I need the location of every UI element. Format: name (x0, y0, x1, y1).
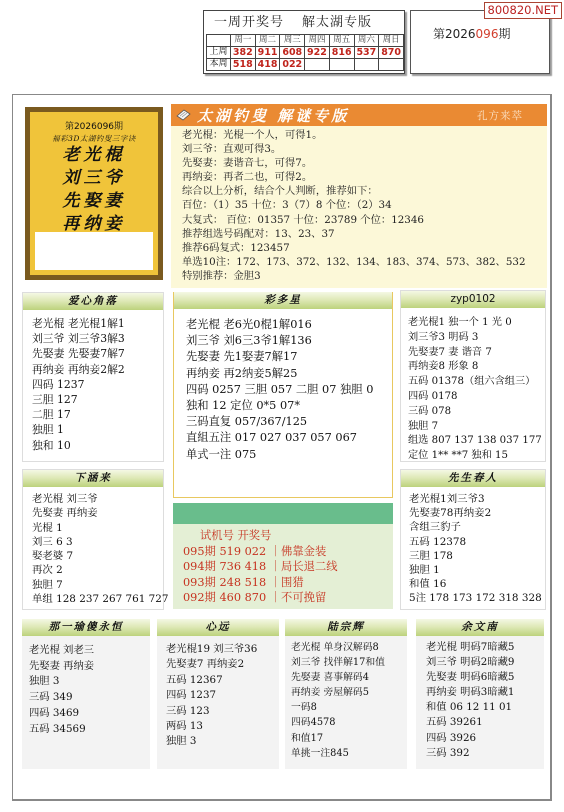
card-line: 再纳妾8 形象 8 (408, 360, 545, 375)
card-line: 两码 13 (166, 719, 279, 734)
card-line: 再纳妾 旁屋解码5 (291, 685, 407, 700)
draw-number: 418 (255, 59, 280, 71)
draw-number (354, 59, 379, 71)
weekly-draw-title-left: 一周开奖号 (214, 15, 284, 30)
draw-number: 608 (280, 47, 305, 59)
card-body: 老光棍 单身汉解码8 刘三爷 找伴解17和值 先娶妻 喜事解码4 再纳妾 旁屋解… (285, 636, 407, 769)
card-line: 老光棍 老光棍1解1 (32, 316, 163, 331)
draw-number: 022 (280, 59, 305, 71)
card-line: 独胆 3 (166, 734, 279, 749)
card-line: 独和 12 定位 0*5 07* (186, 398, 392, 414)
draw-number: 518 (231, 59, 256, 71)
card-line: 再纳妾 再2纳妾5解25 (186, 366, 392, 382)
card-line: 先娶妻78再纳妾2 (409, 506, 545, 520)
card-title: 心远 (157, 619, 279, 636)
card-line: 独胆 7 (32, 578, 163, 592)
day-header: 周三 (280, 35, 305, 47)
analysis-line: 老光棍：光棍一个人，可得1。 (182, 128, 547, 142)
card-line: 单组 128 237 267 761 727 (32, 592, 163, 606)
riddle-poster: 第2026096期 福彩3D太湖钓叟三字诀 老光棍 刘三爷 先娶妻 再纳妾 (25, 107, 163, 280)
draw-number (305, 59, 330, 71)
card-line: 刘三爷 刘三爷3解3 (32, 331, 163, 346)
table-corner-cell (207, 35, 231, 47)
analysis-line: 推荐组选号码配对：13、23、37 (182, 227, 547, 241)
card-line: 含组三豹子 (409, 520, 545, 534)
table-row: 上周 382 911 608 922 816 537 870 (207, 47, 404, 59)
card-line: 刘三爷3 明码 3 (408, 331, 545, 346)
card-title: 先生春人 (401, 470, 545, 487)
table-row: 本周 518 418 022 (207, 59, 404, 71)
day-header: 周四 (305, 35, 330, 47)
card-yuwennan: 余文南 老光棍 明码7暗藏5 刘三爷 明码2暗藏9 先娶妻 明码6暗藏5 再纳妾… (416, 619, 544, 769)
book-icon (176, 108, 191, 122)
table-header-row: 周一 周二 周三 周四 周五 周六 周日 (207, 35, 404, 47)
card-line: 老光棍 刘老三 (29, 643, 150, 659)
card-title: zyp0102 (401, 291, 545, 308)
poster-riddle-line: 先娶妻 (30, 190, 158, 213)
card-line: 刘三爷 刘6三3爷1解136 (186, 333, 392, 349)
issue-panel: 第2026096期 (410, 10, 550, 74)
analysis-line: 先娶妻：妻谐音七，可得7。 (182, 156, 547, 170)
card-xiansheng: 先生春人 老光棍1刘三爷3 先娶妻78再纳妾2 含组三豹子 五码 12378 三… (400, 469, 546, 610)
card-xiahanlai: 下涵来 老光棍 刘三爷 先娶妻 再纳妾 光棍 1 刘三 6 3 娶老婆 7 再次… (22, 469, 164, 610)
analysis-header: 太湖钓叟 解谜专版 孔方来萃 (171, 104, 547, 126)
card-line: 五码 34569 (29, 722, 150, 738)
card-nayishou: 那一瑜傻永恒 老光棍 刘老三 先娶妻 再纳妾 独胆 3 三码 349 四码 34… (22, 619, 150, 769)
card-xinyuan: 心远 老光棍19 刘三爷36 先娶妻7 再纳妾2 五码 12367 四码 123… (157, 619, 279, 769)
analysis-line: 刘三爷：直观可得3。 (182, 142, 547, 156)
card-line: 四码 0257 三胆 057 二胆 07 独胆 0 (186, 382, 392, 398)
trial-row: 093期 248 518 ｜围猎 (183, 575, 393, 591)
card-title: 陆宗辉 (285, 619, 407, 636)
draw-number: 911 (255, 47, 280, 59)
draw-number (329, 59, 354, 71)
card-body: 老光棍 刘三爷 先娶妻 再纳妾 光棍 1 刘三 6 3 娶老婆 7 再次 2 独… (23, 487, 163, 606)
card-line: 老光棍 老6光0棍1解016 (186, 317, 392, 333)
card-line: 三码 392 (426, 746, 544, 761)
weekly-draw-panel: 一周开奖号解太湖专版 周一 周二 周三 周四 周五 周六 周日 上周 382 9… (203, 10, 405, 74)
card-line: 单式一注 075 (186, 447, 392, 463)
card-line: 五码 12378 (409, 535, 545, 549)
card-title: 爱心角落 (23, 293, 163, 310)
card-line: 三胆 127 (32, 392, 163, 407)
card-line: 先娶妻 先1娶妻7解17 (186, 349, 392, 365)
card-line: 老光棍1刘三爷3 (409, 492, 545, 506)
weekly-draw-title: 一周开奖号解太湖专版 (204, 11, 404, 34)
card-line: 四码 1237 (32, 377, 163, 392)
draw-number: 382 (231, 47, 256, 59)
card-line: 老光棍19 刘三爷36 (166, 642, 279, 657)
card-aixin: 爱心角落 老光棍 老光棍1解1 刘三爷 刘三爷3解3 先娶妻 先娶妻7解7 再纳… (22, 292, 164, 462)
poster-subtitle: 福彩3D太湖钓叟三字诀 (30, 133, 158, 144)
card-title: 下涵来 (23, 470, 163, 487)
card-line: 三码 123 (166, 704, 279, 719)
card-title: 那一瑜傻永恒 (22, 619, 150, 636)
card-line: 刘三爷 找伴解17和值 (291, 655, 407, 670)
draw-number (379, 59, 404, 71)
draw-number: 537 (354, 47, 379, 59)
card-line: 和值 06 12 11 01 (426, 700, 544, 715)
analysis-line: 再纳妾：再者二也，可得2。 (182, 170, 547, 184)
card-line: 三码直复 057/367/125 (186, 414, 392, 430)
issue-number-highlight: 096 (476, 27, 499, 41)
analysis-line: 特别推荐：金胆3 (182, 269, 547, 283)
card-line: 老光棍1 独一个 1 光 0 (408, 316, 545, 331)
card-luzonghui: 陆宗辉 老光棍 单身汉解码8 刘三爷 找伴解17和值 先娶妻 喜事解码4 再纳妾… (285, 619, 407, 769)
trial-number-panel: 试机号 开奖号 095期 519 022 ｜佛靠金装 094期 736 418 … (173, 503, 393, 609)
card-line: 四码 0178 (408, 390, 545, 405)
trial-row: 095期 519 022 ｜佛靠金装 (183, 544, 393, 560)
day-header: 周六 (354, 35, 379, 47)
card-line: 独胆 3 (29, 674, 150, 690)
card-line: 四码 1237 (166, 688, 279, 703)
analysis-author: 孔方来萃 (477, 108, 523, 123)
draw-number: 922 (305, 47, 330, 59)
card-line: 再纳妾 再纳妾2解2 (32, 362, 163, 377)
card-line: 独胆 1 (32, 422, 163, 437)
card-line: 再次 2 (32, 563, 163, 577)
weekly-draw-title-right: 解太湖专版 (302, 15, 372, 30)
card-line: 先娶妻 喜事解码4 (291, 670, 407, 685)
card-line: 独胆 7 (408, 420, 545, 435)
draw-number: 816 (329, 47, 354, 59)
card-line: 一码8 (291, 700, 407, 715)
card-line: 先娶妻 明码6暗藏5 (426, 670, 544, 685)
draw-number: 870 (379, 47, 404, 59)
card-line: 5注 178 173 172 318 328 (409, 591, 545, 605)
card-line: 老光棍 明码7暗藏5 (426, 640, 544, 655)
site-watermark: 800820.NET (484, 2, 562, 19)
card-line: 先娶妻 先娶妻7解7 (32, 346, 163, 361)
issue-number: 第2026096期 (433, 25, 510, 42)
card-line: 先娶妻 再纳妾 (29, 659, 150, 675)
analysis-body: 老光棍：光棍一个人，可得1。 刘三爷：直观可得3。 先娶妻：妻谐音七，可得7。 … (171, 126, 547, 283)
analysis-panel: 太湖钓叟 解谜专版 孔方来萃 老光棍：光棍一个人，可得1。 刘三爷：直观可得3。… (171, 104, 547, 288)
card-body: 老光棍19 刘三爷36 先娶妻7 再纳妾2 五码 12367 四码 1237 三… (157, 636, 279, 769)
trial-row: 092期 460 870 ｜不可挽留 (183, 590, 393, 606)
trial-header-bar (173, 503, 393, 524)
analysis-title: 太湖钓叟 解谜专版 (197, 105, 349, 126)
card-line: 五码 39261 (426, 715, 544, 730)
card-line: 老光棍 刘三爷 (32, 492, 163, 506)
card-line: 四码 3926 (426, 731, 544, 746)
card-body: 老光棍1刘三爷3 先娶妻78再纳妾2 含组三豹子 五码 12378 三胆 178… (401, 487, 545, 606)
card-line: 先娶妻7 妻 谐音 7 (408, 346, 545, 361)
analysis-line: 综合以上分析，结合个人判断，推荐如下： (182, 184, 547, 198)
day-header: 周日 (379, 35, 404, 47)
card-caiduoxing: 彩多星 老光棍 老6光0棍1解016 刘三爷 刘6三3爷1解136 先娶妻 先1… (173, 292, 393, 498)
card-line: 二胆 17 (32, 407, 163, 422)
card-line: 三码 078 (408, 405, 545, 420)
weekly-draw-table: 周一 周二 周三 周四 周五 周六 周日 上周 382 911 608 922 … (206, 34, 404, 71)
card-body: 老光棍 老光棍1解1 刘三爷 刘三爷3解3 先娶妻 先娶妻7解7 再纳妾 再纳妾… (23, 310, 163, 453)
issue-suffix: 期 (498, 27, 510, 41)
poster-blank-area (35, 232, 153, 270)
analysis-line: 百位：（1）35 十位：3（7）8 个位：（2）34 (182, 198, 547, 212)
card-line: 老光棍 单身汉解码8 (291, 640, 407, 655)
card-line: 四码4578 (291, 715, 407, 730)
card-line: 光棍 1 (32, 521, 163, 535)
card-line: 五码 12367 (166, 673, 279, 688)
card-line: 定位 1** **7 独和 15 (408, 449, 545, 464)
card-line: 独胆 1 (409, 563, 545, 577)
poster-riddle-line: 老光棍 (30, 144, 158, 167)
day-header: 周一 (231, 35, 256, 47)
analysis-line: 大复式： 百位：01357 十位：23789 个位：12346 (182, 213, 547, 227)
card-line: 单挑一注845 (291, 746, 407, 761)
card-line: 组选 807 137 138 037 177 (408, 434, 545, 449)
trial-row: 094期 736 418 ｜局长退二线 (183, 559, 393, 575)
row-label: 本周 (207, 59, 231, 71)
trial-heading: 试机号 开奖号 (183, 528, 393, 544)
card-line: 和值17 (291, 731, 407, 746)
poster-riddle-line: 刘三爷 (30, 167, 158, 190)
card-line: 四码 3469 (29, 706, 150, 722)
issue-prefix: 第2026 (433, 27, 476, 41)
card-line: 独和 10 (32, 438, 163, 453)
analysis-line: 单选10注：172、173、372、132、134、183、374、573、38… (182, 255, 547, 269)
card-line: 三码 349 (29, 690, 150, 706)
card-line: 娶老婆 7 (32, 549, 163, 563)
analysis-line: 推荐6码复式：123457 (182, 241, 547, 255)
card-line: 三胆 178 (409, 549, 545, 563)
card-title: 余文南 (416, 619, 544, 636)
card-line: 直組五注 017 027 037 057 067 (186, 430, 392, 446)
card-body: 老光棍1 独一个 1 光 0 刘三爷3 明码 3 先娶妻7 妻 谐音 7 再纳妾… (401, 308, 545, 464)
row-label: 上周 (207, 47, 231, 59)
poster-issue: 第2026096期 (30, 119, 158, 132)
card-body: 老光棍 刘老三 先娶妻 再纳妾 独胆 3 三码 349 四码 3469 五码 3… (22, 636, 150, 769)
day-header: 周五 (329, 35, 354, 47)
card-line: 再纳妾 明码3暗藏1 (426, 685, 544, 700)
trial-body: 试机号 开奖号 095期 519 022 ｜佛靠金装 094期 736 418 … (173, 524, 393, 606)
card-line: 刘三 6 3 (32, 535, 163, 549)
card-line: 先娶妻 再纳妾 (32, 506, 163, 520)
card-zyp0102: zyp0102 老光棍1 独一个 1 光 0 刘三爷3 明码 3 先娶妻7 妻 … (400, 290, 546, 462)
card-line: 刘三爷 明码2暗藏9 (426, 655, 544, 670)
card-title: 彩多星 (174, 292, 392, 309)
card-body: 老光棍 明码7暗藏5 刘三爷 明码2暗藏9 先娶妻 明码6暗藏5 再纳妾 明码3… (416, 636, 544, 769)
day-header: 周二 (255, 35, 280, 47)
card-line: 五码 01378（组六含组三） (408, 375, 545, 390)
card-line: 先娶妻7 再纳妾2 (166, 657, 279, 672)
card-line: 和值 16 (409, 577, 545, 591)
card-body: 老光棍 老6光0棍1解016 刘三爷 刘6三3爷1解136 先娶妻 先1娶妻7解… (174, 309, 392, 463)
